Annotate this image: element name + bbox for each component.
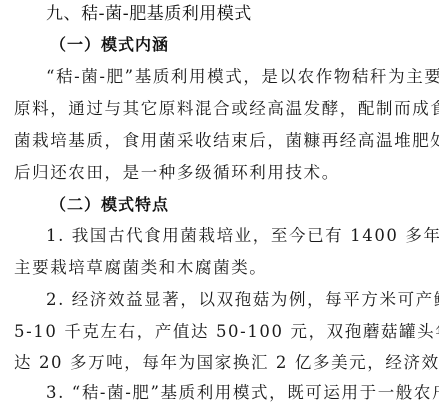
paragraph-line: 5-10 千克左右，产值达 50-100 元，双孢蘑菇罐头年出口量 xyxy=(14,322,426,342)
subsection-heading-1: （一）模式内涵 xyxy=(50,35,439,55)
paragraph-line: 后归还农田，是一种多级循环利用技术。 xyxy=(14,163,426,183)
paragraph-line: 2. 经济效益显著，以双孢菇为例，每平方米可产鲜菇 xyxy=(46,290,426,310)
section-title: 九、秸-菌-肥基质利用模式 xyxy=(46,4,439,24)
document-page: 九、秸-菌-肥基质利用模式 （一）模式内涵 “秸-菌-肥”基质利用模式，是以农作… xyxy=(0,0,439,407)
paragraph-line: 菌栽培基质，食用菌采收结束后，菌糠再经高温堆肥处理 xyxy=(14,131,426,151)
paragraph-line: 1. 我国古代食用菌栽培业，至今已有 1400 多年历史， xyxy=(46,226,426,246)
paragraph-line: 3. “秸-菌-肥”基质利用模式，既可运用于一般农户 xyxy=(46,383,426,403)
paragraph-line: 主要栽培草腐菌类和木腐菌类。 xyxy=(14,258,426,278)
paragraph-line: 达 20 多万吨，每年为国家换汇 2 亿多美元，经济效益好。 xyxy=(14,353,426,373)
paragraph-line: 原料，通过与其它原料混合或经高温发酵，配制而成食用 xyxy=(14,99,426,119)
paragraph-line: “秸-菌-肥”基质利用模式，是以农作物秸秆为主要 xyxy=(46,67,426,87)
subsection-heading-2: （二）模式特点 xyxy=(50,195,439,215)
